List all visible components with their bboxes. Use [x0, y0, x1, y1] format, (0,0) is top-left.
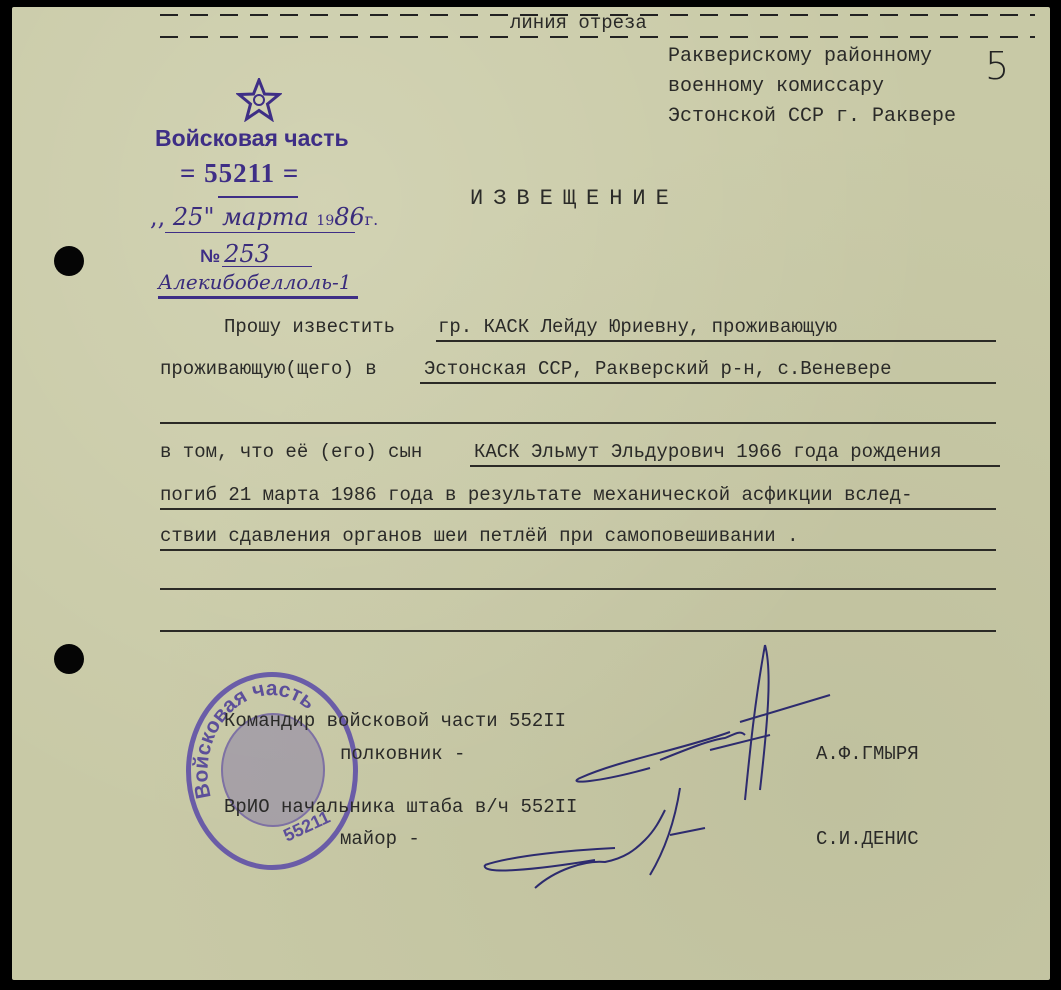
cut-line-bottom	[160, 36, 1035, 38]
underline	[470, 465, 1000, 467]
cut-line-label: линия отреза	[510, 12, 647, 34]
body-line-4-label: в том, что её (его) сын	[160, 441, 422, 463]
date-field: ,, 25" марта 1986г.	[150, 203, 378, 231]
commander-title: Командир войсковой части 552II	[224, 710, 566, 732]
blank-line	[160, 422, 996, 424]
addressee-line-3: Эстонской ССР г. Раквере	[668, 102, 956, 132]
body-line-6-value: ствии сдавления органов шеи петлёй при с…	[160, 525, 799, 547]
chief-rank: майор -	[340, 828, 420, 850]
chief-name: С.И.ДЕНИС	[816, 828, 919, 850]
place-handwritten: Алекибобеллоль-1	[158, 270, 351, 294]
commander-rank: полковник -	[340, 743, 465, 765]
blank-line	[160, 588, 996, 590]
date-month: марта	[222, 203, 309, 231]
underline	[160, 549, 996, 551]
punch-hole	[54, 644, 84, 674]
body-line-2-value: Эстонская ССР, Ракверский р-н, с.Веневер…	[424, 358, 891, 380]
body-line-1-value: гр. КАСК Лейду Юриевну, проживающую	[438, 316, 837, 338]
underline	[436, 340, 996, 342]
unit-number: = 55211 =	[180, 158, 299, 189]
place-underline	[158, 296, 358, 299]
date-day: 25	[173, 203, 204, 231]
body-line-4-value: КАСК Эльмут Эльдурович 1966 года рождени…	[474, 441, 941, 463]
seal-text-ring: Войсковая часть 55211	[191, 677, 353, 865]
underline	[420, 382, 996, 384]
number-value: 253	[224, 240, 270, 268]
addressee-block: Раквери­скому районному военному комисса…	[668, 42, 956, 132]
star-emblem-icon	[236, 78, 282, 122]
svg-text:Войсковая часть: Войсковая часть	[191, 677, 320, 800]
stamp-divider	[218, 196, 298, 198]
number-underline	[222, 266, 312, 267]
body-line-1-label: Прошу известить	[224, 316, 395, 338]
body-line-5-value: погиб 21 марта 1986 года в результате ме…	[160, 484, 913, 506]
blank-line	[160, 630, 996, 632]
official-seal: Войсковая часть 55211	[186, 672, 358, 870]
number-label: №	[200, 246, 220, 266]
chief-signature-icon	[475, 780, 715, 900]
date-suffix: г.	[365, 210, 378, 229]
addressee-line-1: Раквери­скому районному	[668, 42, 956, 72]
body-line-2-label: проживающую(щего) в	[160, 358, 377, 380]
page-number: 5	[985, 44, 1009, 88]
unit-title: Войсковая часть	[155, 125, 349, 152]
date-year: 86	[334, 203, 365, 231]
underline	[160, 508, 996, 510]
date-underline	[165, 232, 355, 233]
seal-text-top: Войсковая часть	[191, 677, 320, 800]
punch-hole	[54, 246, 84, 276]
addressee-line-2: военному комиссару	[668, 72, 956, 102]
document-title: ИЗВЕЩЕНИЕ	[470, 186, 679, 211]
document-number: № 253	[200, 240, 270, 268]
